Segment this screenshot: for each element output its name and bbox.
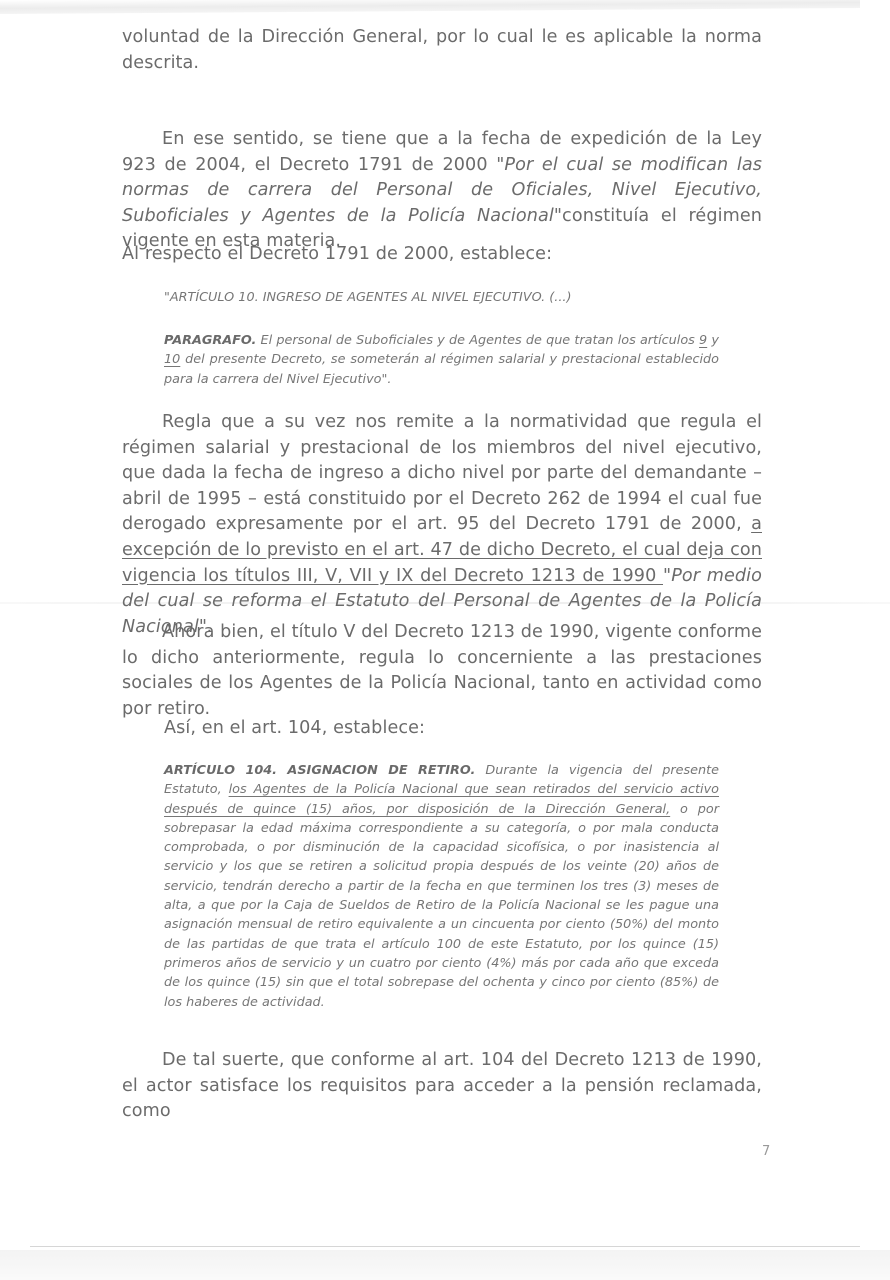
scan-bottom-margin <box>0 1250 890 1280</box>
paragraph-continuation: voluntad de la Dirección General, por lo… <box>122 25 762 76</box>
article-ref-10: 10 <box>164 352 180 367</box>
paragraph-text: voluntad de la Dirección General, por lo… <box>122 27 762 73</box>
paragraph-text: Así, en el art. 104, establece: <box>164 718 425 738</box>
paragraph-decreto-1791: En ese sentido, se tiene que a la fecha … <box>122 127 762 255</box>
quote-articulo-10: "ARTÍCULO 10. INGRESO DE AGENTES AL NIVE… <box>164 288 719 307</box>
quote-paragrafo: PARAGRAFO. El personal de Suboficiales y… <box>164 331 719 389</box>
quote-text: El personal de Suboficiales y de Agentes… <box>256 333 699 348</box>
paragraph-de-tal-suerte: De tal suerte, que conforme al art. 104 … <box>122 1048 762 1125</box>
paragraph-text: Ahora bien, el título V del Decreto 1213… <box>122 622 762 719</box>
quote-articulo-104: ARTÍCULO 104. ASIGNACION DE RETIRO. Dura… <box>164 761 719 1012</box>
quote-text: o por sobrepasar la edad máxima correspo… <box>164 802 719 1010</box>
paragraph-text: Al respecto el Decreto 1791 de 2000, est… <box>122 244 552 264</box>
quote-label: PARAGRAFO. <box>164 333 256 348</box>
paragraph-ahora-bien: Ahora bien, el título V del Decreto 1213… <box>122 620 762 722</box>
paragraph-text: Regla que a su vez nos remite a la norma… <box>122 412 762 534</box>
paragraph-regla: Regla que a su vez nos remite a la norma… <box>122 410 762 640</box>
quote-text: y <box>707 333 719 348</box>
quote-label: ARTÍCULO 104. ASIGNACION DE RETIRO. <box>164 763 475 778</box>
paragraph-text: De tal suerte, que conforme al art. 104 … <box>122 1050 762 1121</box>
paragraph-al-respecto: Al respecto el Decreto 1791 de 2000, est… <box>122 242 762 268</box>
scan-bottom-edge <box>30 1246 860 1247</box>
quote-heading: "ARTÍCULO 10. INGRESO DE AGENTES AL NIVE… <box>164 290 571 305</box>
paragraph-asi: Así, en el art. 104, establece: <box>122 716 762 742</box>
scan-top-edge <box>0 0 860 14</box>
quote-text: del presente Decreto, se someterán al ré… <box>164 352 719 386</box>
article-ref-9: 9 <box>699 333 707 348</box>
underlined-text: los Agentes de la Policía Nacional que s… <box>164 782 719 816</box>
page-number: 7 <box>762 1144 770 1159</box>
